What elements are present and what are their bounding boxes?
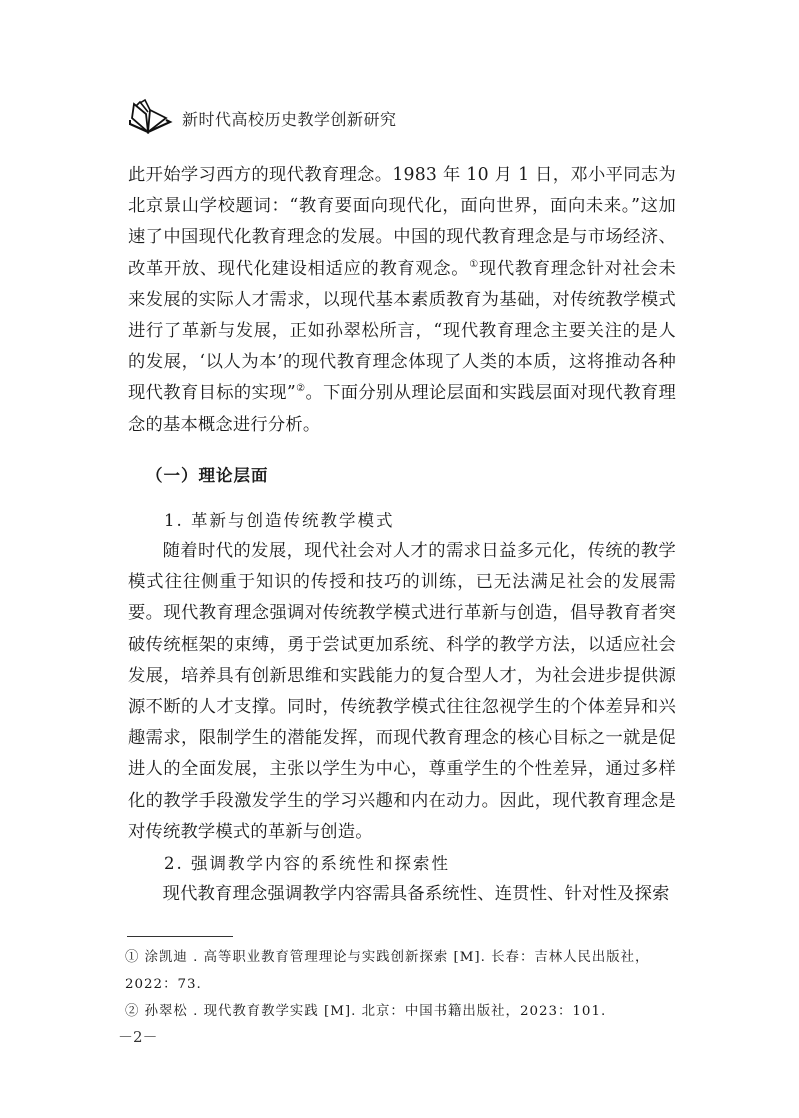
open-book-icon (126, 98, 174, 138)
footnote-1: ① 涂凯迪 . 高等职业教育管理理论与实践创新探索 [M]. 长春：吉林人民出版… (125, 944, 680, 998)
running-header: 新时代高校历史教学创新研究 (126, 98, 397, 138)
footnote-ref-2[interactable]: ② (296, 384, 306, 395)
subsection-heading-1: 1. 革新与创造传统教学模式 (164, 505, 676, 536)
page-number: －2－ (118, 1026, 158, 1047)
footnote-2: ② 孙翠松 . 现代教育教学实践 [M]. 北京：中国书籍出版社，2023：10… (125, 998, 680, 1025)
footnotes: ① 涂凯迪 . 高等职业教育管理理论与实践创新探索 [M]. 长春：吉林人民出版… (125, 944, 680, 1025)
paragraph-intro: 此开始学习西方的现代教育理念。1983 年 10 月 1 日，邓小平同志为北京景… (128, 160, 676, 441)
book-title: 新时代高校历史教学创新研究 (182, 107, 397, 130)
footnote-ref-1[interactable]: ① (469, 259, 479, 270)
footnote-divider (127, 936, 233, 937)
paragraph-subsection-1: 随着时代的发展，现代社会对人才的需求日益多元化，传统的教学模式往往侧重于知识的传… (128, 536, 676, 848)
paragraph-text: 现代教育理念针对社会未来发展的实际人才需求，以现代基本素质教育为基础，对传统教学… (128, 259, 676, 404)
subsection-heading-2: 2. 强调教学内容的系统性和探索性 (164, 848, 676, 879)
paragraph-subsection-2: 现代教育理念强调教学内容需具备系统性、连贯性、针对性及探索 (128, 879, 676, 910)
section-heading: （一）理论层面 (146, 459, 676, 493)
main-body: 此开始学习西方的现代教育理念。1983 年 10 月 1 日，邓小平同志为北京景… (128, 160, 676, 910)
